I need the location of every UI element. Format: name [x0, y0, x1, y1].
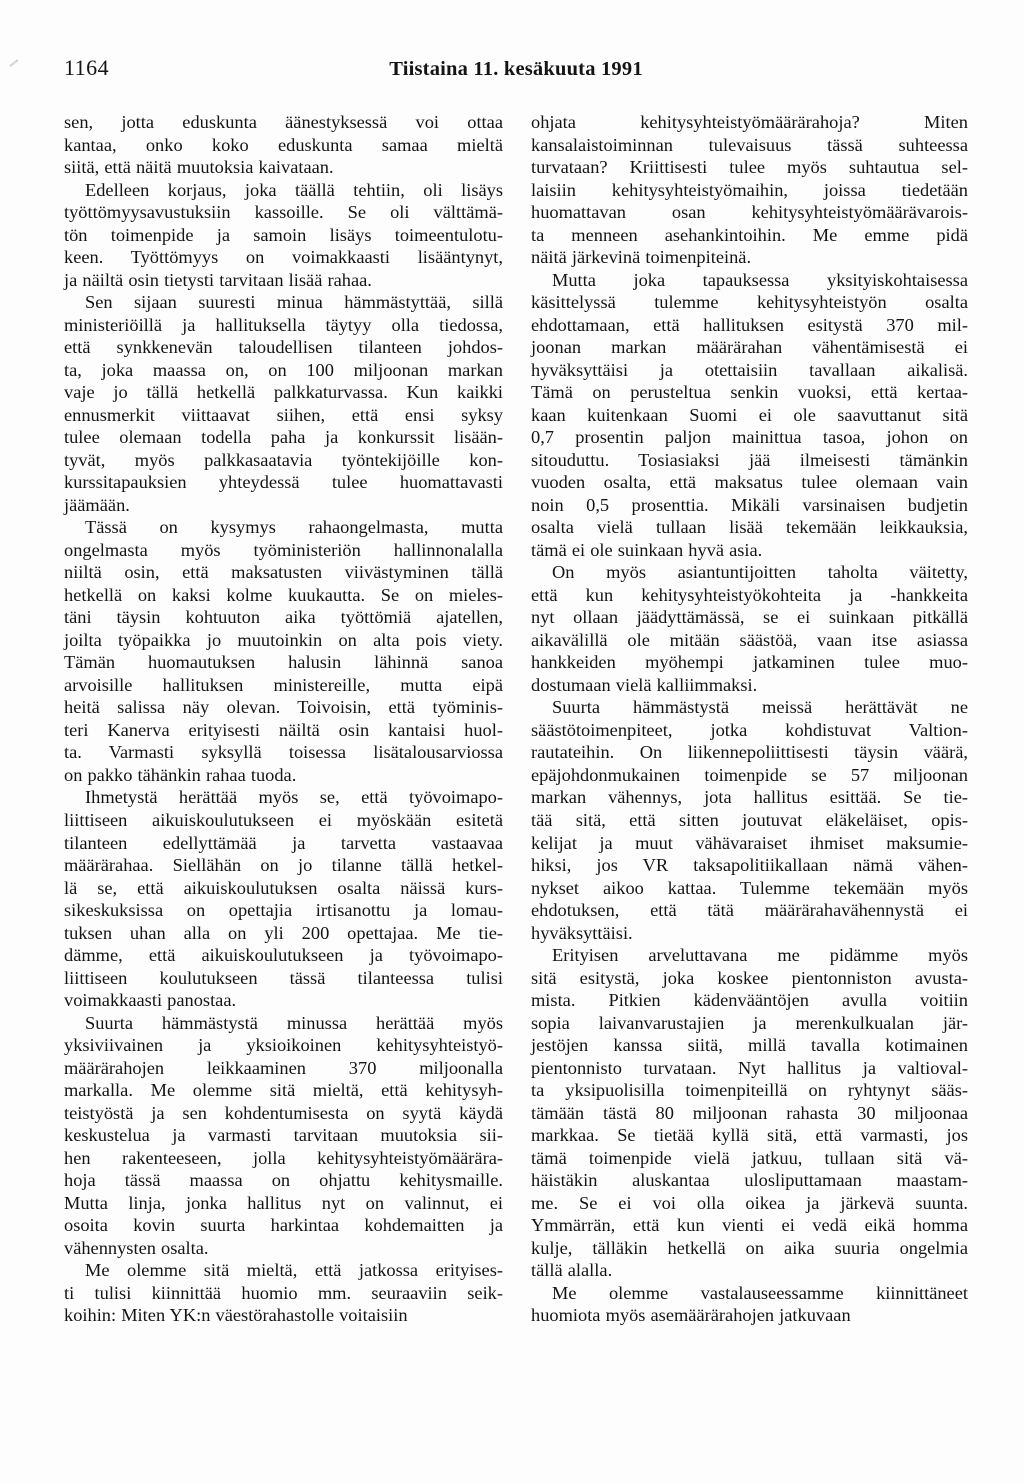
text-line: ehdottamaan, että hallituksen esitystä 3… [531, 314, 968, 337]
text-line: Suurta hämmästystä meissä herättävät ne [531, 696, 968, 719]
text-line: osoita kovin suurta harkintaa kohdemaitt… [64, 1214, 503, 1237]
text-line: määrärahojen leikkaaminen 370 miljoonall… [64, 1057, 503, 1080]
paragraph: ohjata kehitysyhteistyömäärärahoja? Mite… [531, 111, 968, 269]
text-line: hankkeiden myöhempi jatkaminen tulee muo… [531, 651, 968, 674]
text-line: säästötoimenpiteet, jotka kohdistuvat Va… [531, 719, 968, 742]
paragraph: Me olemme sitä mieltä, että jatkossa eri… [64, 1259, 503, 1327]
paragraph: Suurta hämmästystä meissä herättävät nes… [531, 696, 968, 944]
paragraph: On myös asiantuntijoitten taholta väitet… [531, 561, 968, 696]
text-line: tyvät, myös palkkasaatavia työntekijöill… [64, 449, 503, 472]
text-line: tämä ei ole suinkaan hyvä asia. [531, 539, 968, 562]
text-line: jäämään. [64, 494, 503, 517]
text-line: tällä alalla. [531, 1259, 968, 1282]
text-line: että kun kehitysyhteistyökohteita ja -ha… [531, 584, 968, 607]
text-line: Me olemme sitä mieltä, että jatkossa eri… [64, 1259, 503, 1282]
text-line: keskustelua ja varmasti tarvitaan muutok… [64, 1124, 503, 1147]
text-line: markan vähennys, jota hallitus esittää. … [531, 786, 968, 809]
paragraph: sen, jotta eduskunta äänestyksessä voi o… [64, 111, 503, 179]
text-line: Edelleen korjaus, joka täällä tehtiin, o… [64, 179, 503, 202]
text-line: liittiseen koulutukseen tässä tilanteess… [64, 967, 503, 990]
page-header: 1164 Tiistaina 11. kesäkuuta 1991 [64, 54, 968, 84]
text-line: Suurta hämmästystä minussa herättää myös [64, 1012, 503, 1035]
text-line: joonan markan määrärahan vähentämisestä … [531, 336, 968, 359]
text-line: tämä toimenpide vielä jatkuu, tullaan si… [531, 1147, 968, 1170]
text-line: 0,7 prosentin paljon mainittua tasoa, jo… [531, 426, 968, 449]
text-line: häistäkin aluskantaa ulosliputtamaan maa… [531, 1169, 968, 1192]
text-line: kelijat ja muut vähävaraiset ihmiset mak… [531, 832, 968, 855]
text-line: sikeskuksissa on opettajia irtisanottu j… [64, 899, 503, 922]
text-line: vähennysten osalta. [64, 1237, 503, 1260]
text-line: voimakkaasti panostaa. [64, 989, 503, 1012]
text-line: rautateihin. On liikennepoliittisesti tä… [531, 741, 968, 764]
text-line: tuksen uhan alla on yli 200 opettajaa. M… [64, 922, 503, 945]
text-line: Mutta joka tapauksessa yksityiskohtaises… [531, 269, 968, 292]
text-line: ta menneen asehankintoihin. Me emme pidä [531, 224, 968, 247]
text-line: siitä, että näitä muutoksia kaivataan. [64, 156, 503, 179]
text-line: Tämän huomautuksen halusin lähinnä sanoa [64, 651, 503, 674]
text-line: On myös asiantuntijoitten taholta väitet… [531, 561, 968, 584]
text-line: nykset aikoo kattaa. Tulemme tekemään my… [531, 877, 968, 900]
text-line: kantaa, onko koko eduskunta samaa mieltä [64, 134, 503, 157]
paragraph: Erityisen arveluttavana me pidämme myöss… [531, 944, 968, 1282]
text-line: yksiviivainen ja yksioikoinen kehitysyht… [64, 1034, 503, 1057]
text-line: Mutta linja, jonka hallitus nyt on valin… [64, 1192, 503, 1215]
text-line: tilanteen edellyttämää ja tarvetta vasta… [64, 832, 503, 855]
text-line: että synkkenevän taloudellisen tilanteen… [64, 336, 503, 359]
text-line: tää sitä, että sitten joutuvat eläkeläis… [531, 809, 968, 832]
text-line: Tämä on perusteltua senkin vuoksi, että … [531, 381, 968, 404]
text-line: nyt ollaan jäädyttämässä, se ei suinkaan… [531, 606, 968, 629]
text-line: koihin: Miten YK:n väestörahastolle voit… [64, 1304, 503, 1327]
text-line: markalla. Me olemme sitä mieltä, että ke… [64, 1079, 503, 1102]
text-line: hetkellä on kaksi kolme kuukautta. Se on… [64, 584, 503, 607]
text-line: Erityisen arveluttavana me pidämme myös [531, 944, 968, 967]
text-line: ehdotuksen, että tätä määrärahavähennyst… [531, 899, 968, 922]
text-line: noin 0,5 prosenttia. Mikäli varsinaisen … [531, 494, 968, 517]
text-line: ja näiltä osin tietysti tarvitaan lisää … [64, 269, 503, 292]
text-line: sen, jotta eduskunta äänestyksessä voi o… [64, 111, 503, 134]
text-line: hyväksyttäisi ja otettaisiin tavallaan a… [531, 359, 968, 382]
text-line: jestöjen kanssa siitä, millä tavalla kot… [531, 1034, 968, 1057]
text-line: liittiseen aikuiskoulutukseen ei myöskää… [64, 809, 503, 832]
text-line: mista. Pitkien kädenvääntöjen avulla voi… [531, 989, 968, 1012]
text-line: ta. Varmasti syksyllä toisessa lisätalou… [64, 741, 503, 764]
text-line: tön toimenpide ja samoin lisäys toimeent… [64, 224, 503, 247]
text-line: niiltä osin, että maksatusten viivästymi… [64, 561, 503, 584]
text-line: ongelmasta myös työministeriön hallinnon… [64, 539, 503, 562]
text-line: teistyöstä ja sen kohdentumisesta on syy… [64, 1102, 503, 1125]
text-line: hiksi, jos VR taksapolitiikallaan nämä v… [531, 854, 968, 877]
text-line: hoja tässä maassa on ohjattu kehitysmail… [64, 1169, 503, 1192]
text-line: arvoisille hallituksen ministereille, mu… [64, 674, 503, 697]
paragraph: Ihmetystä herättää myös se, että työvoim… [64, 786, 503, 1011]
text-line: Sen sijaan suuresti minua hämmästyttää, … [64, 291, 503, 314]
text-line: turvataan? Kriittisesti tulee myös suhta… [531, 156, 968, 179]
paragraph: Suurta hämmästystä minussa herättää myös… [64, 1012, 503, 1260]
scanned-document-page: 1164 Tiistaina 11. kesäkuuta 1991 sen, j… [0, 0, 1024, 1483]
text-line: ti tulisi kiinnittää huomio mm. seuraavi… [64, 1282, 503, 1305]
text-line: kaan kuitenkaan Suomi ei ole saavuttanut… [531, 404, 968, 427]
text-column-right: ohjata kehitysyhteistyömäärärahoja? Mite… [531, 111, 968, 1327]
text-line: Ihmetystä herättää myös se, että työvoim… [64, 786, 503, 809]
text-line: Me olemme vastalauseessamme kiinnittänee… [531, 1282, 968, 1305]
text-line: hen rakenteeseen, jolla kehitysyhteistyö… [64, 1147, 503, 1170]
text-line: kulje, tälläkin hetkellä on aika suuria … [531, 1237, 968, 1260]
text-line: näitä järkevinä toimenpiteinä. [531, 246, 968, 269]
scan-artifact-mark [9, 59, 18, 67]
text-line: teri Kanerva erityisesti näiltä osin kan… [64, 719, 503, 742]
text-line: tämään tästä 80 miljoonan rahasta 30 mil… [531, 1102, 968, 1125]
text-line: epäjohdonmukainen toimenpide se 57 miljo… [531, 764, 968, 787]
paragraph: Edelleen korjaus, joka täällä tehtiin, o… [64, 179, 503, 292]
text-line: sitouduttu. Tosiasiaksi jää ilmeisesti t… [531, 449, 968, 472]
text-line: ta yksipuolisilla toimenpiteillä on ryht… [531, 1079, 968, 1102]
paragraph: Tässä on kysymys rahaongelmasta, muttaon… [64, 516, 503, 786]
text-line: työttömyysavustuksiin kassoille. Se oli … [64, 201, 503, 224]
text-line: on pakko tähänkin rahaa tuoda. [64, 764, 503, 787]
paragraph: Mutta joka tapauksessa yksityiskohtaises… [531, 269, 968, 562]
text-line: Tässä on kysymys rahaongelmasta, mutta [64, 516, 503, 539]
text-line: heitä salissa näy olevan. Toivoisin, ett… [64, 696, 503, 719]
text-line: hyväksyttäisi. [531, 922, 968, 945]
text-line: dostumaan vielä kalliimmaksi. [531, 674, 968, 697]
text-line: sopia laivanvarustajien ja merenkulkuala… [531, 1012, 968, 1035]
paragraph: Me olemme vastalauseessamme kiinnittänee… [531, 1282, 968, 1327]
text-line: dämme, että aikuiskoulutukseen ja työvoi… [64, 944, 503, 967]
text-line: kurssitapauksien yhteydessä tulee huomat… [64, 471, 503, 494]
paragraph: Sen sijaan suuresti minua hämmästyttää, … [64, 291, 503, 516]
text-column-left: sen, jotta eduskunta äänestyksessä voi o… [64, 111, 503, 1327]
text-line: ministeriöillä ja hallituksella täytyy o… [64, 314, 503, 337]
text-line: täni täysin kohtuuton aika työttömiä aja… [64, 606, 503, 629]
text-line: vuoden osalta, että maksatus tulee olema… [531, 471, 968, 494]
text-line: ennusmerkit viittaavat siihen, että ensi… [64, 404, 503, 427]
text-line: tulee olemaan todella paha ja konkurssit… [64, 426, 503, 449]
text-line: kansalaistoiminnan tulevaisuus tässä suh… [531, 134, 968, 157]
text-line: ohjata kehitysyhteistyömäärärahoja? Mite… [531, 111, 968, 134]
text-line: ta, joka maassa on, on 100 miljoonan mar… [64, 359, 503, 382]
text-line: vaje jo tällä hetkellä palkkaturvassa. K… [64, 381, 503, 404]
text-line: aikavälillä ole mitään säästöä, vaan its… [531, 629, 968, 652]
text-line: lä se, että aikuiskoulutuksen osalta näi… [64, 877, 503, 900]
text-line: laisiin kehitysyhteistyömaihin, joissa t… [531, 179, 968, 202]
page-title: Tiistaina 11. kesäkuuta 1991 [64, 55, 968, 83]
text-line: Ymmärrän, että kun vienti ei vedä eikä h… [531, 1214, 968, 1237]
text-line: keen. Työttömyys on voimakkaasti lisäänt… [64, 246, 503, 269]
text-line: huomiota myös asemäärärahojen jatkuvaan [531, 1304, 968, 1327]
text-line: joilta työpaikka jo muutoinkin on alta p… [64, 629, 503, 652]
text-line: huomattavan osan kehitysyhteistyömääräva… [531, 201, 968, 224]
text-line: määrärahaa. Siellähän on jo tilanne täll… [64, 854, 503, 877]
text-line: me. Se ei voi olla oikea ja järkevä suun… [531, 1192, 968, 1215]
text-line: markkaa. Se tietää kyllä sitä, että varm… [531, 1124, 968, 1147]
text-line: käsittelyssä tulemme kehitysyhteistyön o… [531, 291, 968, 314]
text-line: osalta vielä tullaan lisää tekemään leik… [531, 516, 968, 539]
text-line: pientonnisto turvataan. Nyt hallitus ja … [531, 1057, 968, 1080]
text-line: sitä esitystä, joka koskee pientonniston… [531, 967, 968, 990]
